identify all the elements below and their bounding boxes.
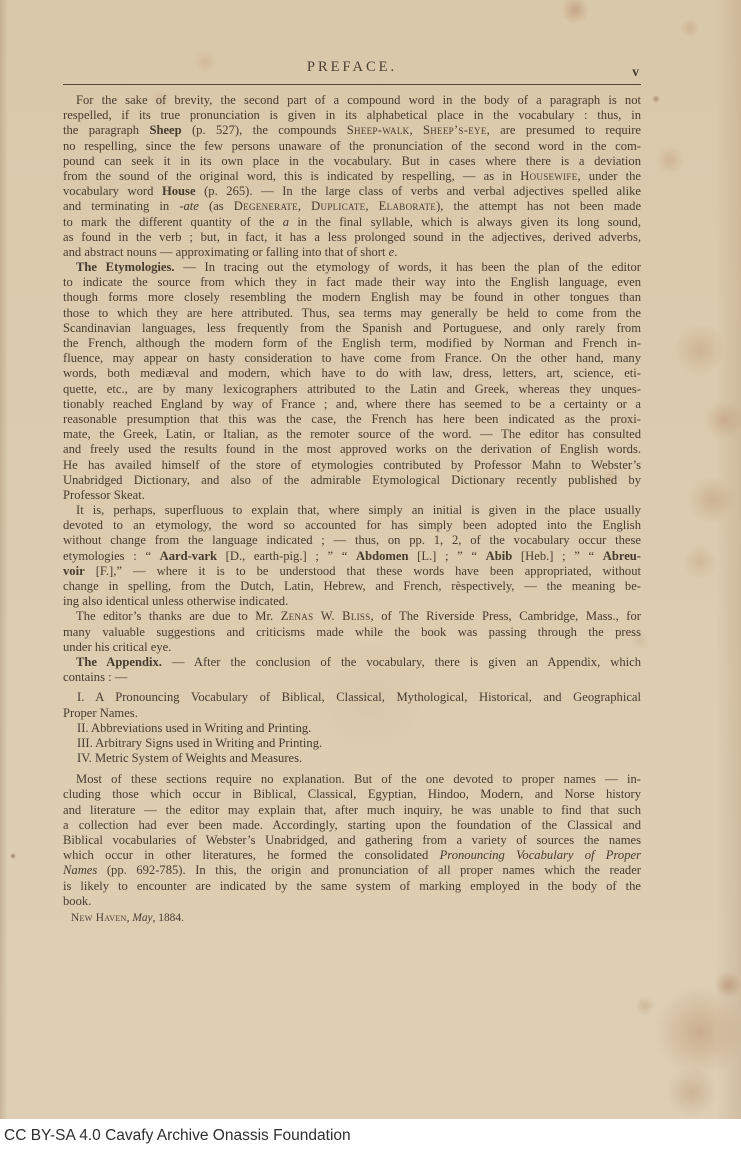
text-segment: Biblical vocabularies of Webster’s Unabr… xyxy=(63,833,641,847)
text-line: respelled, if its true pronunciation is … xyxy=(63,108,641,123)
text-segment: reasonable presumption that this was the… xyxy=(63,412,641,426)
text-segment: , xyxy=(365,199,378,213)
paragraph: Most of these sections require no explan… xyxy=(63,772,641,909)
text-segment: though forms more closely resembling the… xyxy=(63,290,641,304)
text-segment: ing also identical unless otherwise indi… xyxy=(63,594,288,608)
text-segment: — In tracing out the etymology of words,… xyxy=(175,260,641,274)
text-segment: and terminating in xyxy=(63,199,179,213)
text-segment: a collection had ever been made. Accordi… xyxy=(63,818,641,832)
text-line: The Appendix. — After the conclusion of … xyxy=(63,655,641,670)
text-segment: Housewife xyxy=(520,169,577,183)
text-segment: those to which they are here attributed.… xyxy=(63,306,641,320)
text-line: The Etymologies. — In tracing out the et… xyxy=(63,260,641,275)
text-line: III. Arbitrary Signs used in Writing and… xyxy=(63,736,641,751)
text-line: quette, etc., are by many lexicographers… xyxy=(63,382,641,397)
text-line: devoted to an etymology, the word so acc… xyxy=(63,518,641,533)
text-segment: , of The Riverside Press, Cambridge, Mas… xyxy=(371,609,641,623)
paragraph: It is, perhaps, superfluous to explain t… xyxy=(63,503,641,609)
text-segment: many valuable suggestions and criticisms… xyxy=(63,625,641,639)
text-segment: Most of these sections require no explan… xyxy=(76,772,641,786)
text-segment: from the sound of the original word, thi… xyxy=(63,169,520,183)
text-line: Professor Skeat. xyxy=(63,488,641,503)
text-segment: without change from the language indicat… xyxy=(63,533,641,547)
header-rule xyxy=(63,84,641,85)
text-line: contains : — xyxy=(63,670,641,685)
text-line: Scandinavian languages, less frequently … xyxy=(63,321,641,336)
text-segment: in the final syllable, which is always g… xyxy=(289,215,641,229)
text-line: book. xyxy=(63,894,641,909)
text-segment: (as xyxy=(199,199,234,213)
text-segment: to indicate the source from which they i… xyxy=(63,275,641,289)
text-segment: Zenas xyxy=(281,609,314,623)
text-segment: Scandinavian languages, less frequently … xyxy=(63,321,641,335)
text-line: a collection had ever been made. Accordi… xyxy=(63,818,641,833)
license-text: CC BY-SA 4.0 Cavafy Archive Onassis Foun… xyxy=(4,1127,351,1145)
text-segment: Professor Skeat. xyxy=(63,488,145,502)
text-segment: and abstract nouns — approximating or fa… xyxy=(63,245,389,259)
text-segment: — After the conclusion of the vocabulary… xyxy=(162,655,641,669)
running-head: PREFACE. v xyxy=(63,58,641,80)
text-segment: which occur in other literatures, he for… xyxy=(63,848,440,862)
text-segment: Aard-vark xyxy=(160,549,217,563)
text-segment: fluence, may appear on hasty considerati… xyxy=(63,351,641,365)
text-segment: , under the xyxy=(578,169,642,183)
text-line: to mark the different quantity of the a … xyxy=(63,215,641,230)
text-line: many valuable suggestions and criticisms… xyxy=(63,625,641,640)
text-segment: Sheep-walk xyxy=(347,123,410,137)
text-segment: pound can seek it in its own place in th… xyxy=(63,154,641,168)
dateline: New Haven, May, 1884. xyxy=(63,911,641,926)
text-line: etymologies : “ Aard-vark [D., earth-pig… xyxy=(63,549,641,564)
text-line: The editor’s thanks are due to Mr. Zenas… xyxy=(63,609,641,624)
text-segment: IV. Metric System of Weights and Measure… xyxy=(77,751,302,765)
scanned-book-page: PREFACE. v For the sake of brevity, the … xyxy=(0,0,741,1153)
text-line: Names (pp. 692-785). In this, the origin… xyxy=(63,863,641,878)
text-segment: Proper Names. xyxy=(63,706,138,720)
text-segment: change in spelling, from the Dutch, Lati… xyxy=(63,579,641,593)
text-segment: Pronouncing Vocabulary of Proper xyxy=(440,848,641,862)
text-segment: [F.],” — where it is to be understood th… xyxy=(85,564,641,578)
text-segment: to mark the different quantity of the xyxy=(63,215,283,229)
text-line: those to which they are here attributed.… xyxy=(63,306,641,321)
text-segment: For the sake of brevity, the second part… xyxy=(76,93,641,107)
text-segment: Elaborate xyxy=(379,199,436,213)
text-segment: [L.] ; ” “ xyxy=(408,549,485,563)
text-segment: II. Abbreviations used in Writing and Pr… xyxy=(77,721,311,735)
text-segment: Duplicate xyxy=(311,199,365,213)
text-line: Unabridged Dictionary, and also of the a… xyxy=(63,473,641,488)
text-segment: , xyxy=(298,199,311,213)
text-line: words, both mediæval and modern, which h… xyxy=(63,366,641,381)
text-line: voir [F.],” — where it is to be understo… xyxy=(63,564,641,579)
text-line: and freely used the results found in the… xyxy=(63,442,641,457)
text-segment: May xyxy=(132,912,152,924)
text-segment: the French, although the modern form of … xyxy=(63,336,641,350)
text-segment: . xyxy=(394,245,397,259)
text-segment: and freely used the results found in the… xyxy=(63,442,641,456)
text-line: ing also identical unless otherwise indi… xyxy=(63,594,641,609)
text-line: and abstract nouns — approximating or fa… xyxy=(63,245,641,260)
paragraph: The Appendix. — After the conclusion of … xyxy=(63,655,641,685)
text-segment: quette, etc., are by many lexicographers… xyxy=(63,382,641,396)
text-segment: Abreu- xyxy=(603,549,641,563)
text-line: which occur in other literatures, he for… xyxy=(63,848,641,863)
paragraph: The editor’s thanks are due to Mr. Zenas… xyxy=(63,609,641,655)
text-line: He has availed himself of the store of e… xyxy=(63,458,641,473)
text-line: mate, the Greek, Latin, or Italian, as t… xyxy=(63,427,641,442)
text-line: the French, although the modern form of … xyxy=(63,336,641,351)
text-line: I. A Pronouncing Vocabulary of Biblical,… xyxy=(63,690,641,705)
text-line: fluence, may appear on hasty considerati… xyxy=(63,351,641,366)
text-segment: III. Arbitrary Signs used in Writing and… xyxy=(77,736,322,750)
text-segment: Degenerate xyxy=(234,199,298,213)
text-segment: Unabridged Dictionary, and also of the a… xyxy=(63,473,641,487)
text-line: New Haven, May, 1884. xyxy=(63,911,641,926)
text-line: though forms more closely resembling the… xyxy=(63,290,641,305)
text-segment: contains : — xyxy=(63,670,127,684)
text-line: Most of these sections require no explan… xyxy=(63,772,641,787)
paper-background: PREFACE. v For the sake of brevity, the … xyxy=(0,0,741,1119)
paragraph: The Etymologies. — In tracing out the et… xyxy=(63,260,641,503)
text-segment: Sheep xyxy=(149,123,181,137)
text-segment: , 1884. xyxy=(153,912,184,924)
page-title: PREFACE. xyxy=(307,59,397,75)
text-line: vocabulary word House (p. 265). — In the… xyxy=(63,184,641,199)
text-segment: words, both mediæval and modern, which h… xyxy=(63,366,641,380)
text-line: to indicate the source from which they i… xyxy=(63,275,641,290)
text-line: IV. Metric System of Weights and Measure… xyxy=(63,751,641,766)
text-line: under his critical eye. xyxy=(63,640,641,655)
appendix-list: I. A Pronouncing Vocabulary of Biblical,… xyxy=(63,690,641,766)
text-line: pound can seek it in its own place in th… xyxy=(63,154,641,169)
text-segment: ), the attempt has not been made xyxy=(436,199,641,213)
text-line: For the sake of brevity, the second part… xyxy=(63,93,641,108)
text-line: and literature — the editor may explain … xyxy=(63,803,641,818)
text-segment: the paragraph xyxy=(63,123,149,137)
text-line: cluding those which occur in Biblical, C… xyxy=(63,787,641,802)
text-segment: The editor’s thanks are due to Mr. xyxy=(76,609,281,623)
text-line: and terminating in -ate (as Degenerate, … xyxy=(63,199,641,214)
text-segment: voir xyxy=(63,564,85,578)
text-segment: vocabulary word xyxy=(63,184,162,198)
text-segment: and literature — the editor may explain … xyxy=(63,803,641,817)
text-line: as found in the verb ; but, in fact, it … xyxy=(63,230,641,245)
text-line: tionably reached England by way of Franc… xyxy=(63,397,641,412)
text-segment: House xyxy=(162,184,196,198)
text-segment: [Heb.] ; ” “ xyxy=(512,549,602,563)
text-line: Proper Names. xyxy=(63,706,641,721)
text-segment: The Appendix. xyxy=(76,655,162,669)
text-segment: Sheep’s-eye xyxy=(423,123,487,137)
text-segment: is likely to encounter are indicated by … xyxy=(63,879,641,893)
text-segment: Names xyxy=(63,863,97,877)
text-segment: no respelling, since the few persons una… xyxy=(63,139,641,153)
text-segment: respelled, if its true pronunciation is … xyxy=(63,108,641,122)
text-segment: He has availed himself of the store of e… xyxy=(63,458,641,472)
text-segment: New Haven xyxy=(71,912,127,924)
text-segment: I. A Pronouncing Vocabulary of Biblical,… xyxy=(77,690,641,704)
text-segment: , are presumed to require xyxy=(487,123,641,137)
text-line: without change from the language indicat… xyxy=(63,533,641,548)
text-segment: book. xyxy=(63,894,91,908)
text-line: It is, perhaps, superfluous to explain t… xyxy=(63,503,641,518)
text-segment: tionably reached England by way of Franc… xyxy=(63,397,641,411)
text-line: is likely to encounter are indicated by … xyxy=(63,879,641,894)
text-segment: as found in the verb ; but, in fact, it … xyxy=(63,230,641,244)
text-segment: mate, the Greek, Latin, or Italian, as t… xyxy=(63,427,641,441)
text-segment: [D., earth-pig.] ; ” “ xyxy=(217,549,356,563)
text-segment: (p. 265). — In the large class of verbs … xyxy=(196,184,641,198)
text-line: reasonable presumption that this was the… xyxy=(63,412,641,427)
page-body: For the sake of brevity, the second part… xyxy=(63,93,641,926)
page-number: v xyxy=(632,64,639,80)
text-segment: (pp. 692-785). In this, the origin and p… xyxy=(97,863,641,877)
page-content: PREFACE. v For the sake of brevity, the … xyxy=(63,58,641,926)
text-segment: under his critical eye. xyxy=(63,640,171,654)
text-line: from the sound of the original word, thi… xyxy=(63,169,641,184)
text-segment: The Etymologies. xyxy=(76,260,175,274)
text-segment: cluding those which occur in Biblical, C… xyxy=(63,787,641,801)
text-segment: Bliss xyxy=(342,609,370,623)
text-line: no respelling, since the few persons una… xyxy=(63,139,641,154)
text-line: II. Abbreviations used in Writing and Pr… xyxy=(63,721,641,736)
text-line: Biblical vocabularies of Webster’s Unabr… xyxy=(63,833,641,848)
text-segment: (p. 527), the compounds xyxy=(182,123,347,137)
paragraph: For the sake of brevity, the second part… xyxy=(63,93,641,260)
text-segment: It is, perhaps, superfluous to explain t… xyxy=(76,503,641,517)
text-segment: W. xyxy=(313,609,342,623)
text-line: change in spelling, from the Dutch, Lati… xyxy=(63,579,641,594)
text-line: the paragraph Sheep (p. 527), the compou… xyxy=(63,123,641,138)
text-segment: -ate xyxy=(179,199,199,213)
text-segment: devoted to an etymology, the word so acc… xyxy=(63,518,641,532)
text-segment: Abib xyxy=(486,549,513,563)
text-segment: etymologies : “ xyxy=(63,549,160,563)
text-segment: , xyxy=(409,123,423,137)
text-segment: Abdomen xyxy=(356,549,408,563)
license-bar: CC BY-SA 4.0 Cavafy Archive Onassis Foun… xyxy=(0,1119,741,1153)
